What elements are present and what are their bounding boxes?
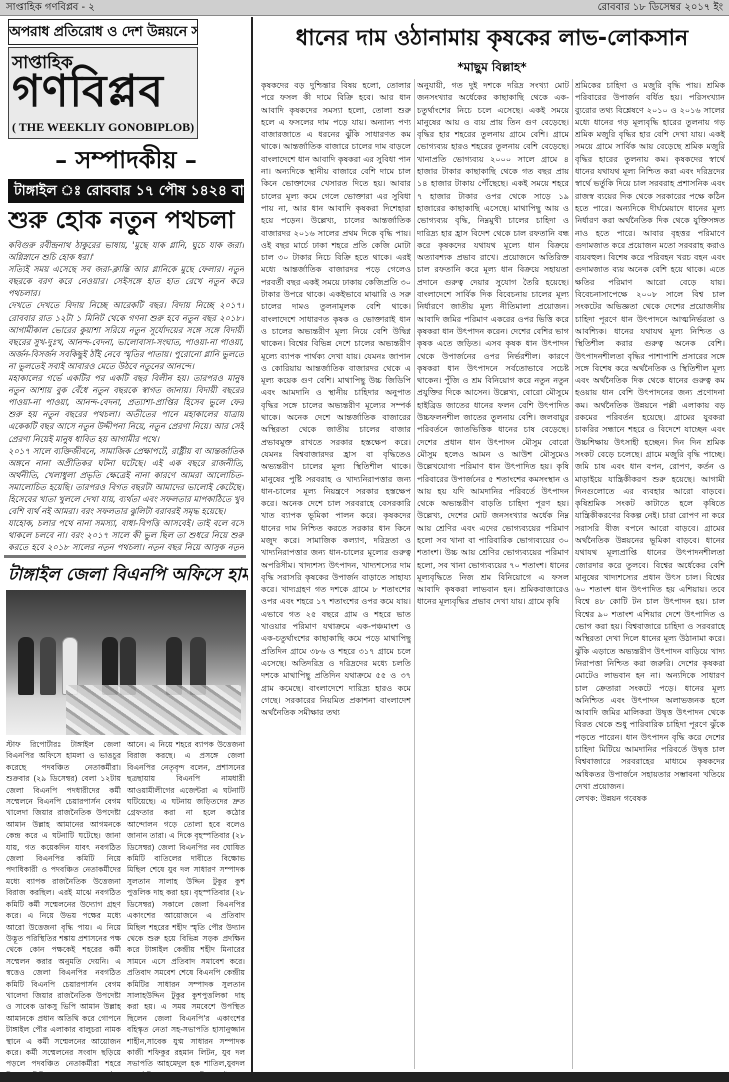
editorial-paragraph: যাহোক, চলার পথে নানা সমস্যা, বাধা-বিপত্ত… [8, 517, 244, 551]
news-headline: টাঙ্গাইল জেলা বিএনপি অফিসে হামলা ও ভাঙচু… [8, 562, 248, 588]
editorial-paragraph: কবিগুরু রবীন্দ্রনাথ ঠাকুরের ভাষায়, 'মুছ… [8, 239, 244, 263]
author-note: লেখক: উন্নয়ন গবেষক [575, 792, 725, 804]
left-column: অপরাধ প্রতিরোধ ও দেশ উন্নয়নে সচেষ্ট সাপ… [0, 17, 250, 1082]
page-footer-bar [0, 1072, 729, 1082]
news-column-2: আনে। এ নিয়ে শহরে ব্যাপক উত্তেজনা বিরাজ … [127, 739, 245, 1079]
editorial-paragraph: ২০১৭ সালে ব্যক্তিজীবনে, সামাজিক প্রেক্ষা… [8, 445, 244, 518]
masthead-english-name: ( THE WEEKLIY GONOBIPLOB) [12, 120, 194, 135]
editorial-date-bar: টাঙ্গাইল ঃ রোববার ১৭ পৌষ ১৪২৪ বাংলা [8, 179, 244, 203]
news-photo [6, 590, 246, 735]
page-label: সাপ্তাহিক গণবিপ্লব - ২ [6, 0, 95, 15]
masthead: সাপ্তাহিক গণবিপ্লব ( THE WEEKLIY GONOBIP… [8, 47, 198, 139]
page-header-bar: সাপ্তাহিক গণবিপ্লব - ২ রোববার ১৮ ডিসেম্ব… [0, 0, 729, 16]
editorial-paragraph: দেখতে দেখতে বিদায় নিচ্ছে আরেকটি বছর। বি… [8, 299, 244, 372]
person-figure [40, 637, 56, 695]
article-column-2: অনুযায়ী, গত দুই দশকে দরিদ্র সংখ্যা মোট … [417, 79, 569, 1069]
person-figure [18, 637, 34, 695]
editorial-section-title: – সম্পাদকীয় – [6, 145, 246, 175]
column-rule [414, 79, 415, 1069]
article-byline: *মাছুম বিল্লাহ* [253, 59, 729, 79]
section-divider [4, 555, 246, 558]
editorial-paragraph: সত্যিই সময় এসেছে সব জরা-ক্লান্তি আর গ্ল… [8, 263, 244, 299]
masthead-name: গণবিপ্লব [12, 68, 164, 116]
column-rule [572, 79, 573, 1069]
issue-date: রোববার ১৮ ডিসেম্বর ২০১৭ ইং [598, 0, 723, 15]
broken-furniture [66, 685, 241, 735]
article-column-3: শ্রমিকের চাহিদা ও মজুরি বৃদ্ধি পায়। শ্র… [575, 79, 725, 1069]
article-column-3-text: শ্রমিকের চাহিদা ও মজুরি বৃদ্ধি পায়। শ্র… [575, 80, 725, 791]
article-column-1: কৃষকদের বড় দুশ্চিন্তার বিষয় হলো, তোলার… [261, 79, 411, 1069]
news-column-1: স্টাফ রিপোর্টারঃ টাঙ্গাইল জেলা বিএনপির অ… [6, 739, 121, 1079]
article-headline: ধানের দাম ওঠানামায় কৃষকের লাভ-লোকসান [257, 23, 727, 55]
slogan-box: অপরাধ প্রতিরোধ ও দেশ উন্নয়নে সচেষ্ট [8, 19, 198, 45]
editorial-paragraph: মহাকালের গর্ভে একটির পর একটি বছর বিলীন হ… [8, 372, 244, 445]
editorial-body: কবিগুরু রবীন্দ্রনাথ ঠাকুরের ভাষায়, 'মুছ… [8, 239, 244, 551]
main-article: ধানের দাম ওঠানামায় কৃষকের লাভ-লোকসান *ম… [251, 17, 729, 1082]
editorial-headline: শুরু হোক নতুন পথচলা [8, 205, 244, 235]
